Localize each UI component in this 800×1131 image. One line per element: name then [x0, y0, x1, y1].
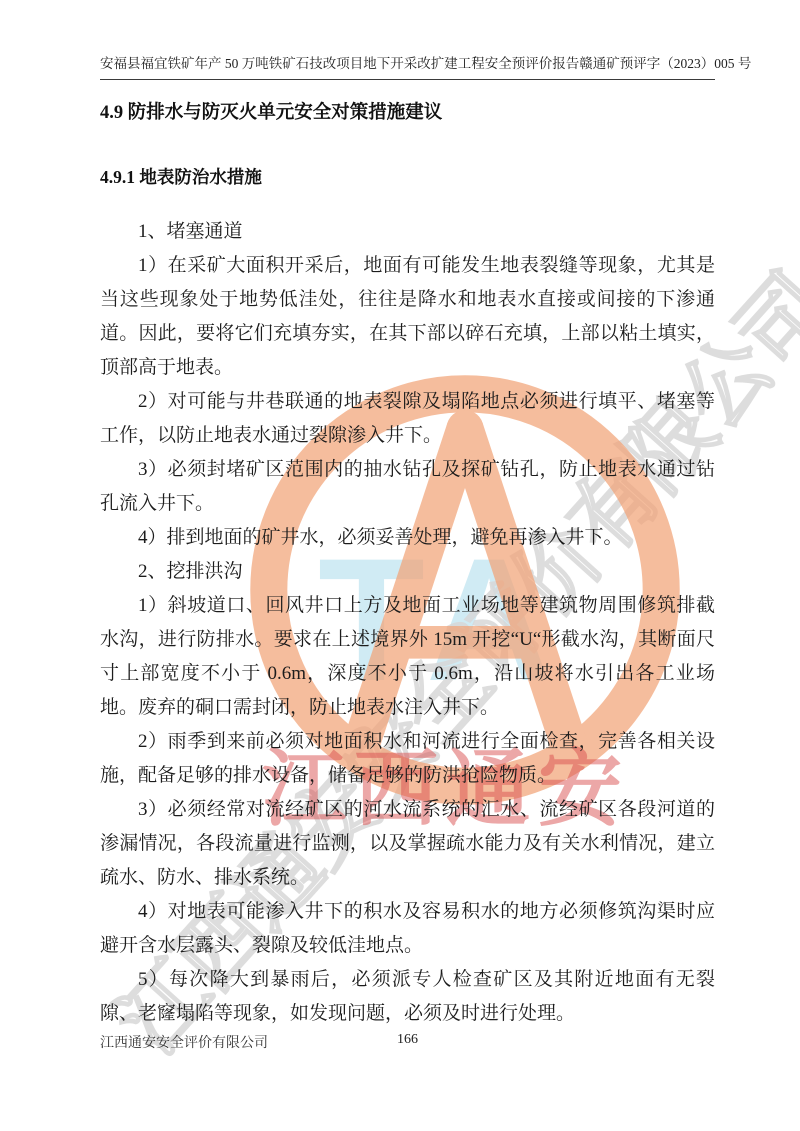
body-paragraph: 3）必须经常对流经矿区的河水流系统的汇水、流经矿区各段河道的渗漏情况，各段流量进… — [100, 793, 715, 895]
doc-number: 赣通矿预评字（2023）005 号 — [579, 52, 751, 72]
section-heading: 4.9 防排水与防灭火单元安全对策措施建议 — [100, 101, 715, 125]
body-paragraph: 2）对可能与井巷联通的地表裂隙及塌陷地点必须进行填平、堵塞等工作，以防止地表水通… — [100, 385, 715, 453]
body-text: 1、堵塞通道 1）在采矿大面积开采后，地面有可能发生地表裂缝等现象，尤其是当这些… — [100, 215, 715, 1031]
body-paragraph: 2）雨季到来前必须对地面积水和河流进行全面检查，完善各相关设施，配备足够的排水设… — [100, 725, 715, 793]
report-title: 安福县福宜铁矿年产 50 万吨铁矿石技改项目地下开采改扩建工程安全预评价报告 — [100, 52, 579, 72]
page-footer: 江西通安安全评价有限公司 166 — [100, 1032, 715, 1052]
page-content: 安福县福宜铁矿年产 50 万吨铁矿石技改项目地下开采改扩建工程安全预评价报告 赣… — [100, 0, 715, 1031]
body-paragraph: 3）必须封堵矿区范围内的抽水钻孔及探矿钻孔，防止地表水通过钻孔流入井下。 — [100, 453, 715, 521]
document-page: TA 江西通安安全评价有限公司 江西通安 安福县福宜铁矿年产 50 万吨铁矿石技… — [0, 0, 800, 1131]
page-header: 安福县福宜铁矿年产 50 万吨铁矿石技改项目地下开采改扩建工程安全预评价报告 赣… — [100, 52, 715, 80]
body-paragraph: 1、堵塞通道 — [100, 215, 715, 249]
body-paragraph: 5）每次降大到暴雨后，必须派专人检查矿区及其附近地面有无裂隙、老窿塌陷等现象，如… — [100, 963, 715, 1031]
body-paragraph: 2、挖排洪沟 — [100, 555, 715, 589]
body-paragraph: 1）在采矿大面积开采后，地面有可能发生地表裂缝等现象，尤其是当这些现象处于地势低… — [100, 249, 715, 385]
body-paragraph: 4）对地表可能渗入井下的积水及容易积水的地方必须修筑沟渠时应避开含水层露头、裂隙… — [100, 895, 715, 963]
subsection-heading: 4.9.1 地表防治水措施 — [100, 165, 715, 189]
body-paragraph: 1）斜坡道口、回风井口上方及地面工业场地等建筑物周围修筑排截水沟，进行防排水。要… — [100, 589, 715, 725]
body-paragraph: 4）排到地面的矿井水，必须妥善处理，避免再渗入井下。 — [100, 521, 715, 555]
page-number: 166 — [100, 1032, 715, 1048]
